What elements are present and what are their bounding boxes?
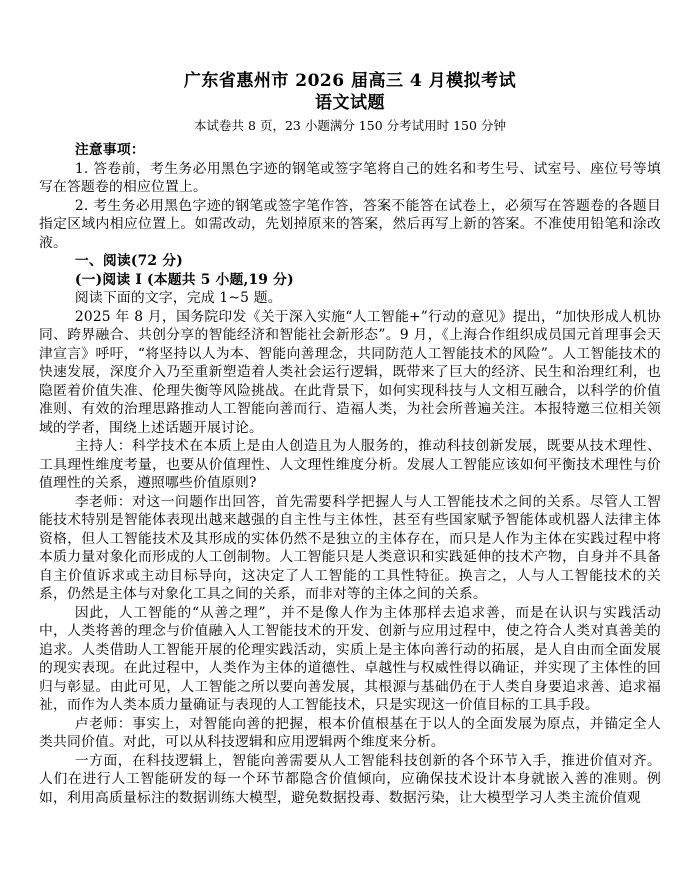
subsection-heading-reading-1: (一)阅读 I (本题共 5 小题,19 分) (39, 271, 661, 290)
exam-subject-title: 语文试题 (39, 92, 661, 114)
passage-paragraph-therefore: 因此，人工智能的“从善之理”，并不是像人作为主体那样去追求善，而是在认识与实践活… (39, 604, 661, 715)
passage-paragraph-host: 主持人：科学技术在本质上是由人创造且为人服务的，推动科技创新发展，既要从技术理性… (39, 437, 661, 493)
document-page: 广东省惠州市 2026 届高三 4 月模拟考试 语文试题 本试卷共 8 页，23… (0, 0, 700, 877)
reading-instruction: 阅读下面的文字，完成 1~5 题。 (39, 289, 661, 308)
exam-info-line: 本试卷共 8 页，23 小题满分 150 分考试用时 150 分钟 (39, 117, 661, 134)
passage-paragraph-teacher-lu: 卢老师：事实上，对智能向善的把握，根本价值根基在于以人的全面发展为原点，并锚定全… (39, 715, 661, 752)
passage-paragraph-teacher-li: 李老师：对这一问题作出回答，首先需要科学把握人与人工智能技术之间的关系。尽管人工… (39, 493, 661, 604)
notice-header: 注意事项： (39, 141, 661, 160)
section-heading-reading: 一、阅读(72 分) (39, 252, 661, 271)
exam-title: 广东省惠州市 2026 届高三 4 月模拟考试 (39, 70, 661, 92)
passage-paragraph-intro: 2025 年 8 月，国务院印发《关于深入实施“人工智能+”行动的意见》提出，“… (39, 308, 661, 438)
document-body: 注意事项： 1. 答卷前，考生务必用黑色字迹的钢笔或签字笔将自己的姓名和考生号、… (39, 141, 661, 807)
notice-item-2: 2. 考生务必用黑色字迹的钢笔或签字笔作答，答案不能答在试卷上，必须写在答题卷的… (39, 197, 661, 253)
passage-paragraph-one-aspect: 一方面，在科技逻辑上，智能向善需要从人工智能科技创新的各个环节入手，推进价值对齐… (39, 752, 661, 808)
notice-item-1: 1. 答卷前，考生务必用黑色字迹的钢笔或签字笔将自己的姓名和考生号、试室号、座位… (39, 160, 661, 197)
